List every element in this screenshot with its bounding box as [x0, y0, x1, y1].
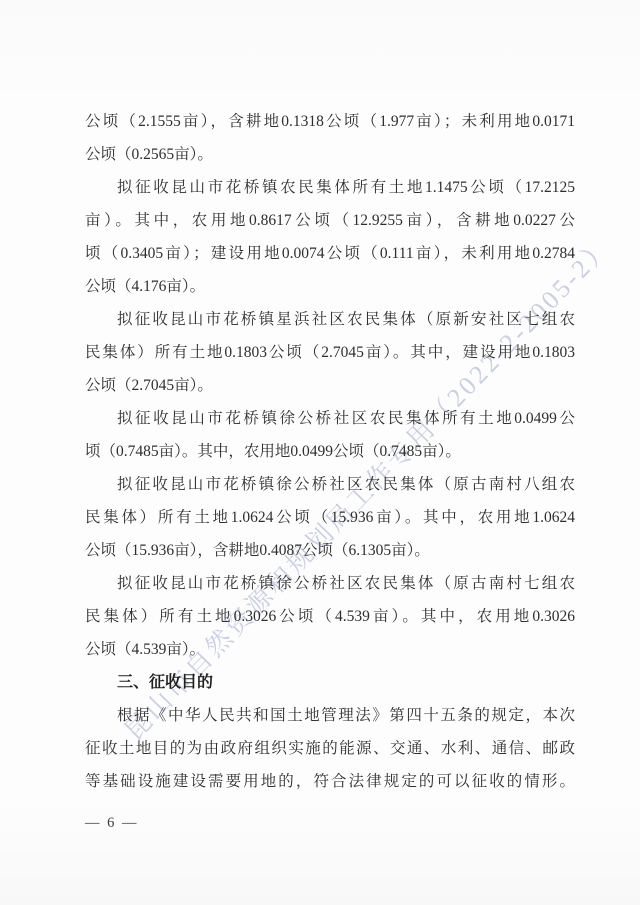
page-number: — 6 — — [85, 815, 139, 832]
document-line: 公顷（4.176亩）。 — [85, 270, 575, 303]
document-line: 民集体）所有土地0.1803公顷（2.7045亩）。其中，建设用地0.1803 — [85, 336, 575, 369]
document-line: 拟征收昆山市花桥镇徐公桥社区农民集体所有土地0.0499公 — [85, 402, 575, 435]
document-line: 公顷（15.936亩），含耕地0.4087公顷（6.1305亩）。 — [85, 534, 575, 567]
document-line: 拟征收昆山市花桥镇徐公桥社区农民集体（原古南村七组农 — [85, 567, 575, 600]
document-text-block: 公顷（2.1555亩），含耕地0.1318公顷（1.977亩）；未利用地0.01… — [85, 105, 575, 798]
document-line: 亩）。其中，农用地0.8617公顷（12.9255亩），含耕地0.0227公 — [85, 204, 575, 237]
document-line: 公顷（4.539亩）。 — [85, 633, 575, 666]
document-line: 民集体）所有土地0.3026公顷（4.539亩）。其中，农用地0.3026 — [85, 600, 575, 633]
document-line: 等基础设施建设需要用地的，符合法律规定的可以征收的情形。 — [85, 765, 575, 798]
document-line: 民集体）所有土地1.0624公顷（15.936亩）。其中，农用地1.0624 — [85, 501, 575, 534]
document-line: 拟征收昆山市花桥镇星浜社区农民集体（原新安社区七组农 — [85, 303, 575, 336]
document-line: 公顷（2.7045亩）。 — [85, 369, 575, 402]
document-line: 公顷（0.2565亩）。 — [85, 138, 575, 171]
section-heading-collection-purpose: 三、征收目的 — [85, 666, 575, 699]
document-line: 拟征收昆山市花桥镇农民集体所有土地1.1475公顷（17.2125 — [85, 171, 575, 204]
document-line: 顷（0.7485亩）。其中，农用地0.0499公顷（0.7485亩）。 — [85, 435, 575, 468]
document-line: 顷（0.3405亩）；建设用地0.0074公顷（0.111亩），未利用地0.27… — [85, 237, 575, 270]
document-page: 昆山市自然资源和规划局工作专用（2022-2-2005-2） 公顷（2.1555… — [0, 0, 640, 905]
document-line: 根据《中华人民共和国土地管理法》第四十五条的规定，本次 — [85, 699, 575, 732]
document-line: 公顷（2.1555亩），含耕地0.1318公顷（1.977亩）；未利用地0.01… — [85, 105, 575, 138]
document-line: 征收土地目的为由政府组织实施的能源、交通、水利、通信、邮政 — [85, 732, 575, 765]
document-line: 拟征收昆山市花桥镇徐公桥社区农民集体（原古南村八组农 — [85, 468, 575, 501]
